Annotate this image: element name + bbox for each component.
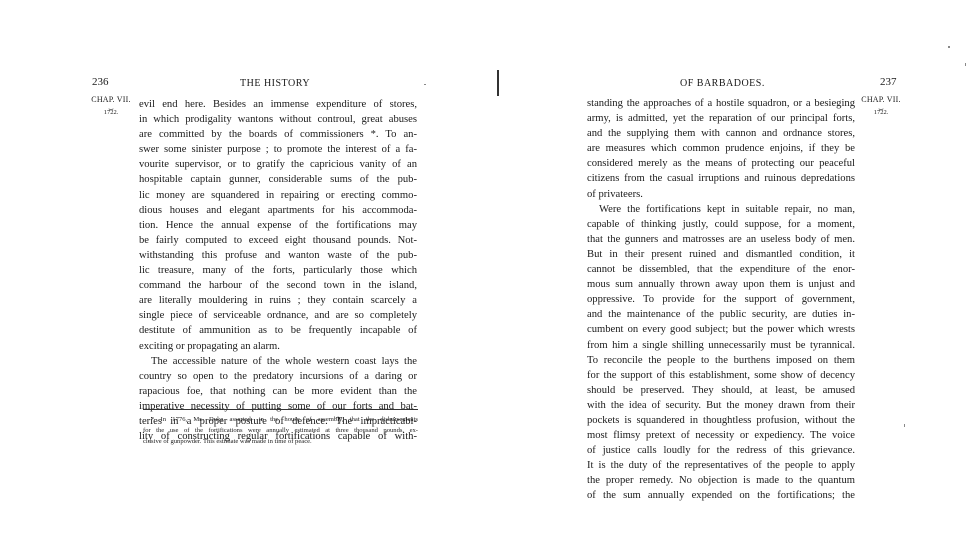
text-line: Were the fortifications kept in suitable… bbox=[587, 202, 855, 217]
text-line: exciting or propagating an alarm. bbox=[139, 339, 417, 354]
text-line: The accessible nature of the whole weste… bbox=[139, 354, 417, 369]
text-line: destitute of ammunition as to be frequen… bbox=[139, 323, 417, 338]
scan-speck bbox=[904, 424, 905, 427]
text-line: mous sum annually thrown away upon them … bbox=[587, 277, 855, 292]
left-page: 236 THE HISTORY CHAP. VII. ⏟ 1722. evil … bbox=[0, 0, 490, 545]
text-line: of justice calls loudly for the redress … bbox=[587, 443, 855, 458]
scan-speck bbox=[424, 84, 426, 85]
year-label: 1722. bbox=[858, 110, 904, 117]
footnote-divider bbox=[143, 409, 418, 410]
footnote-line: clusive of gunpowder. This estimate was … bbox=[143, 436, 418, 447]
text-line: cannot be dissembled, that the expenditu… bbox=[587, 262, 855, 277]
body-text: evil end here. Besides an immense expend… bbox=[139, 97, 417, 444]
footnote-line: * In 1776, Mr. Duke asserted, in the hou… bbox=[143, 414, 418, 425]
text-line: vourite supervisor, or to gratify the ca… bbox=[139, 157, 417, 172]
text-line: are committed by the boards of commissio… bbox=[139, 127, 417, 142]
text-line: from him a single shilling unnecessarily… bbox=[587, 338, 855, 353]
text-line: in which prodigality wantons without con… bbox=[139, 112, 417, 127]
text-line: command the harbour of the second town i… bbox=[139, 278, 417, 293]
running-head: OF BARBADOES. bbox=[680, 78, 765, 89]
text-line: oppressive. To provide for the support o… bbox=[587, 292, 855, 307]
text-line: are literally mouldering in ruins ; they… bbox=[139, 293, 417, 308]
text-line: hospitable captain gunner, considerable … bbox=[139, 172, 417, 187]
text-line: single piece of serviceable ordnance, an… bbox=[139, 308, 417, 323]
text-line: should be preserved. They should, at lea… bbox=[587, 383, 855, 398]
scan-speck bbox=[965, 63, 966, 66]
text-line: and the maintenance of the public securi… bbox=[587, 307, 855, 322]
text-line: To reconcile the people to the burthens … bbox=[587, 353, 855, 368]
text-line: withstanding this profuse and wanton was… bbox=[139, 248, 417, 263]
text-line: cumbent on every good subject; but the p… bbox=[587, 322, 855, 337]
margin-note: CHAP. VII. ⏟ 1722. bbox=[88, 96, 134, 117]
body-text: standing the approaches of a hostile squ… bbox=[587, 96, 855, 504]
text-line: swer some sinister purpose ; to promote … bbox=[139, 142, 417, 157]
text-line: pockets is squandered in thoughtless pro… bbox=[587, 413, 855, 428]
text-line: of the sum annually expended on the fort… bbox=[587, 488, 855, 503]
text-line: that the gunners and matrosses are an us… bbox=[587, 232, 855, 247]
year-label: 1722. bbox=[88, 110, 134, 117]
text-line: be fairly computed to exceed eight thous… bbox=[139, 233, 417, 248]
text-line: with the idea of security. But the money… bbox=[587, 398, 855, 413]
text-line: country so open to the predatory incursi… bbox=[139, 369, 417, 384]
text-line: rapacious foe, that nothing can be more … bbox=[139, 384, 417, 399]
running-head: THE HISTORY bbox=[240, 78, 310, 89]
text-line: army, is admitted, yet the reparation of… bbox=[587, 111, 855, 126]
text-line: lic treasure, many of the forts, particu… bbox=[139, 263, 417, 278]
page-number: 237 bbox=[880, 76, 897, 88]
text-line: of privateers. bbox=[587, 187, 855, 202]
text-line: for the support of this establishment, s… bbox=[587, 368, 855, 383]
text-line: imperative necessity of putting some of … bbox=[139, 399, 417, 414]
page-number: 236 bbox=[92, 76, 109, 88]
footnote-line: for the use of the fortifications were a… bbox=[143, 425, 418, 436]
text-line: capable of thinking justly, could suppos… bbox=[587, 217, 855, 232]
text-line: and the supplying them with cannon and o… bbox=[587, 126, 855, 141]
footnote: * In 1776, Mr. Duke asserted, in the hou… bbox=[143, 414, 418, 447]
text-line: But in their present ruined and dismantl… bbox=[587, 247, 855, 262]
scan-speck bbox=[948, 46, 950, 48]
text-line: It is the duty of the representatives of… bbox=[587, 458, 855, 473]
text-line: the proper remedy. No objection is made … bbox=[587, 473, 855, 488]
text-line: lic money are squandered in repairing or… bbox=[139, 188, 417, 203]
text-line: tion. Hence the annual expense of the fo… bbox=[139, 218, 417, 233]
text-line: evil end here. Besides an immense expend… bbox=[139, 97, 417, 112]
text-line: standing the approaches of a hostile squ… bbox=[587, 96, 855, 111]
book-spread: 236 THE HISTORY CHAP. VII. ⏟ 1722. evil … bbox=[0, 0, 980, 545]
text-line: citizens from the casual irruptions and … bbox=[587, 171, 855, 186]
text-line: considered merely as the means of protec… bbox=[587, 156, 855, 171]
margin-note: CHAP. VII. ⏟ 1722. bbox=[858, 96, 904, 117]
text-line: most flimsy pretext of necessity or expe… bbox=[587, 428, 855, 443]
text-line: are measures which common prudence enjoi… bbox=[587, 141, 855, 156]
text-line: dious houses and elegant apartments for … bbox=[139, 203, 417, 218]
